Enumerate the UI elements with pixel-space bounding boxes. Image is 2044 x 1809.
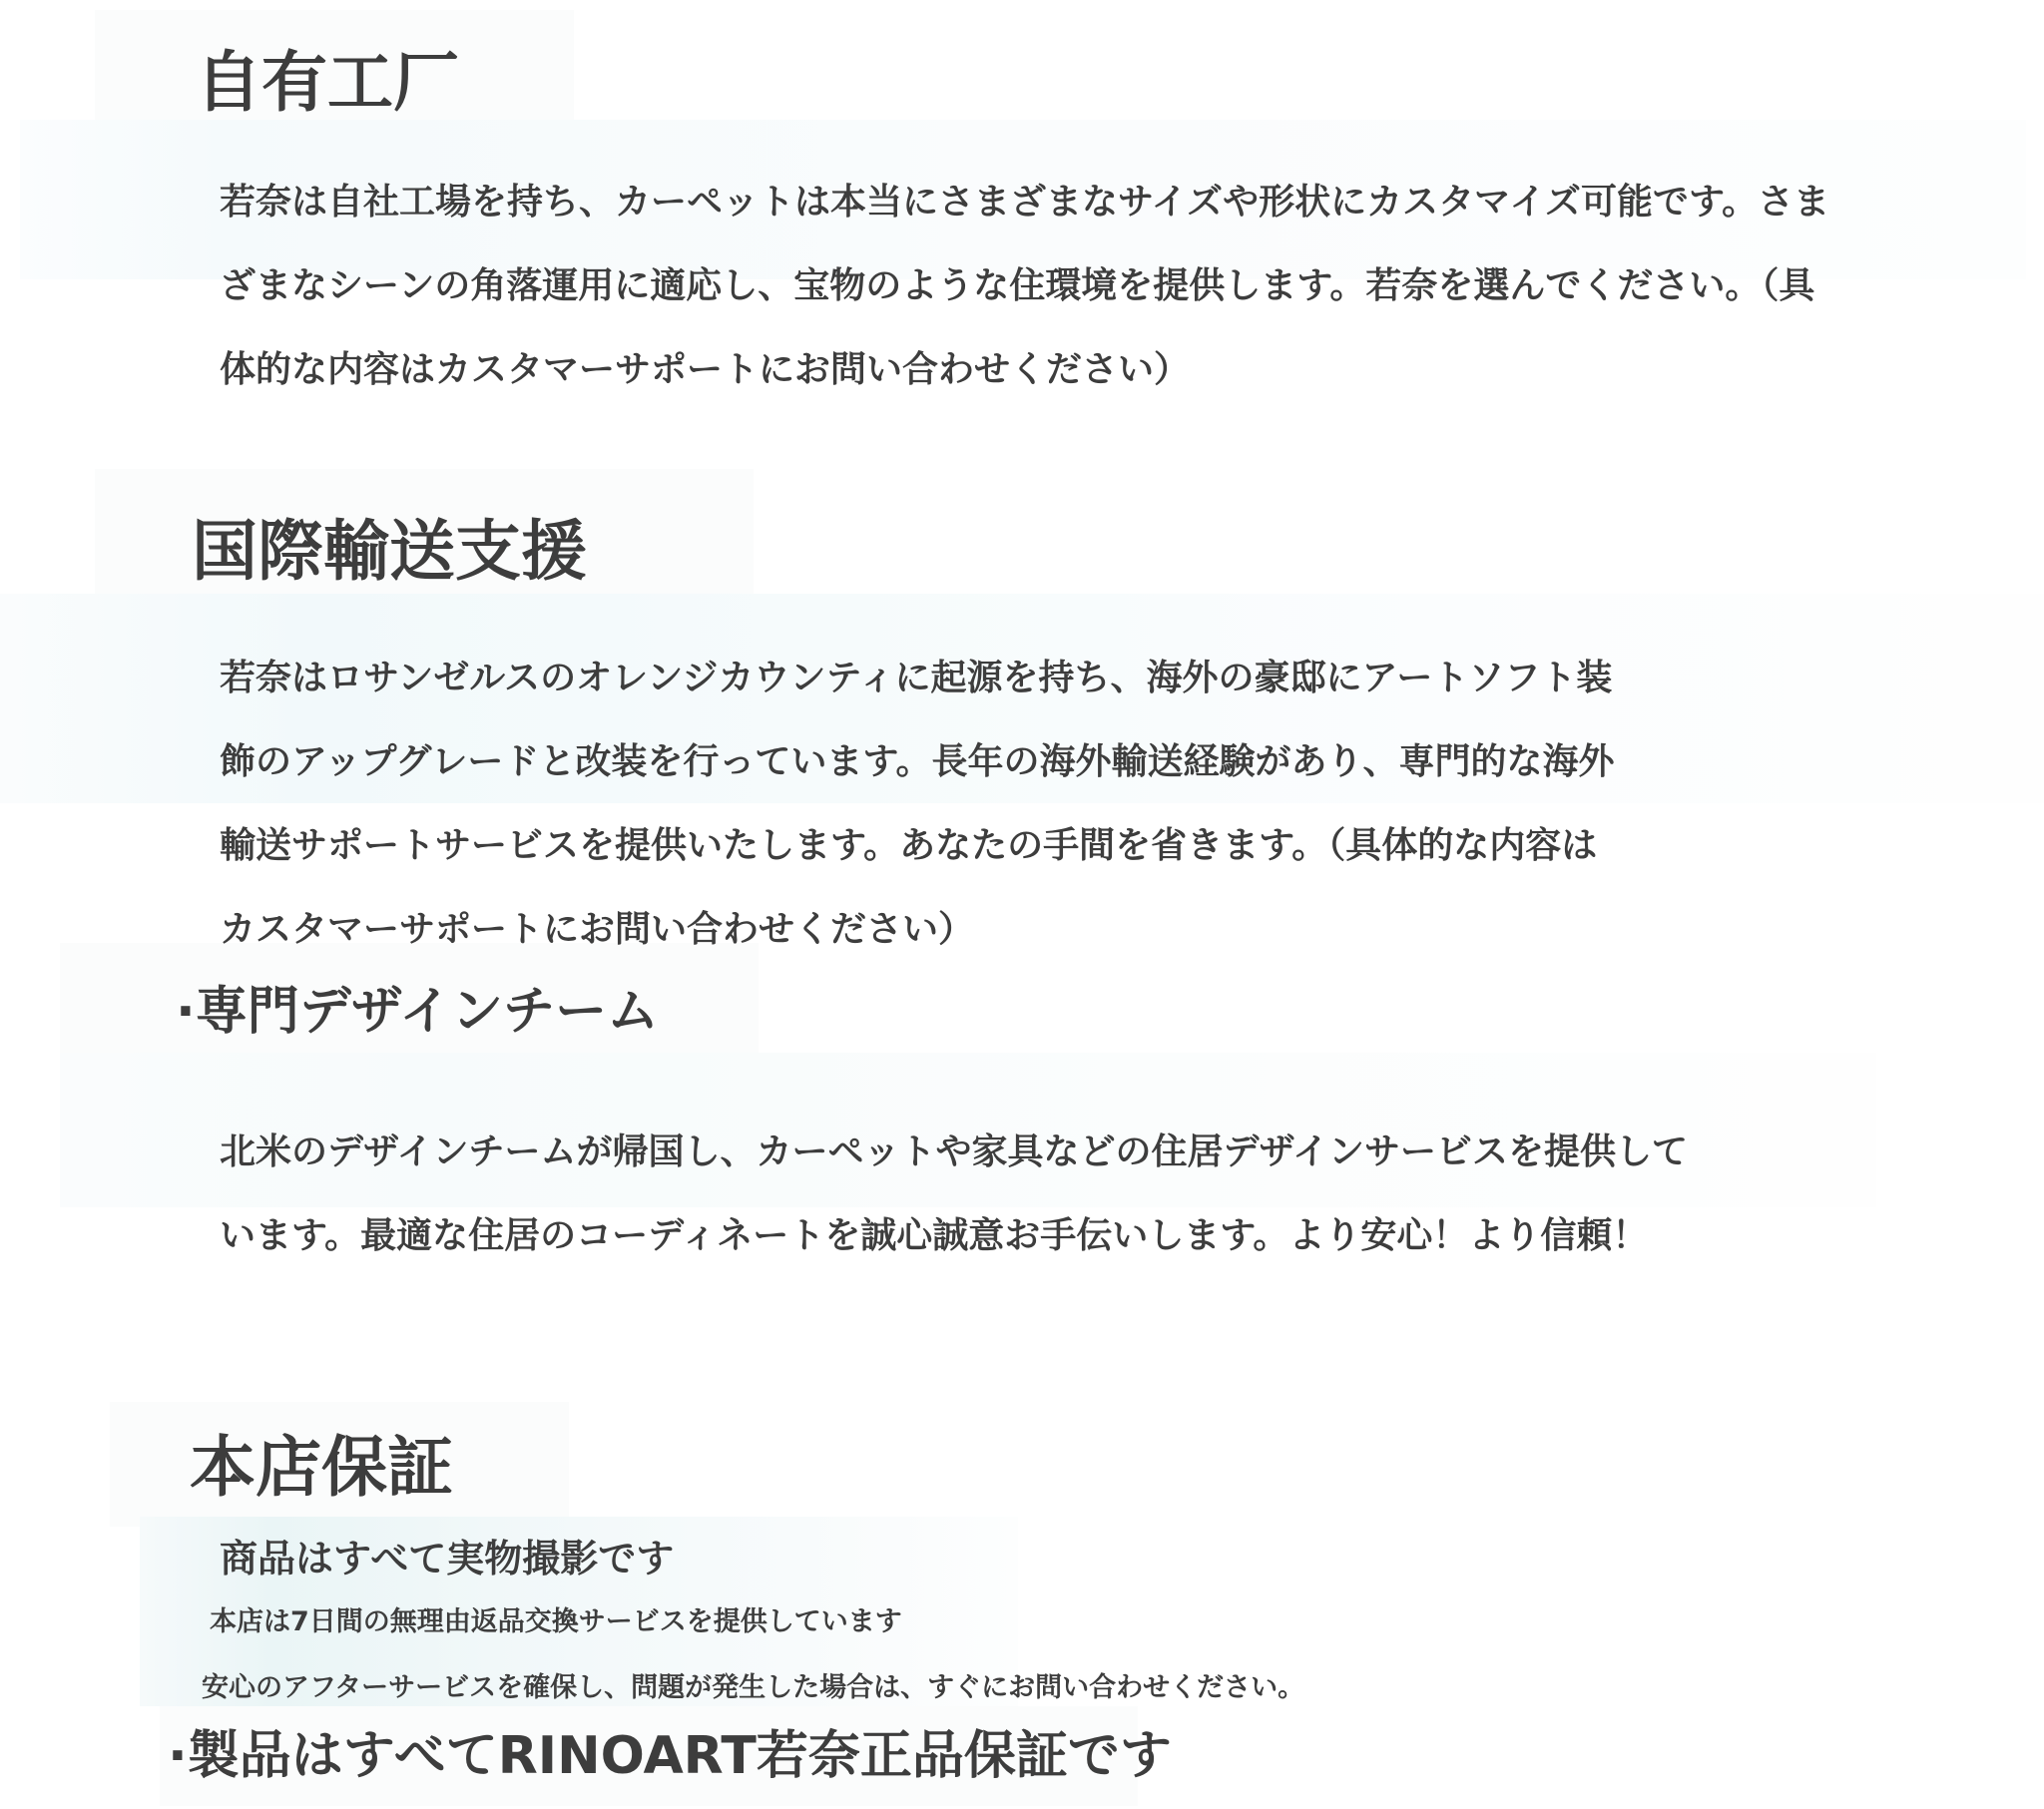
section-heading-text: 専門デザインチーム bbox=[196, 982, 659, 1042]
bullet-icon: · bbox=[168, 1730, 188, 1782]
section-heading: 本店保証 bbox=[190, 1435, 453, 1501]
section-body: 北米のデザインチームが帰国し、カーペットや家具などの住居デザインサービスを提供し… bbox=[220, 1090, 1688, 1299]
section-body: 若奈はロサンゼルスのオレンジカウンティに起源を持ち、海外の豪邸にアートソフト装 … bbox=[220, 616, 1615, 993]
real-photo-statement: 商品はすべて実物撮影です bbox=[220, 1540, 674, 1578]
section-heading: 自有工厂 bbox=[196, 50, 459, 116]
body-line: 北米のデザインチームが帰国し、カーペットや家具などの住居デザインサービスを提供し… bbox=[220, 1131, 1688, 1173]
authentic-guarantee: ·製品はすべてRINOART若奈正品保証です bbox=[168, 1730, 1172, 1782]
section-body: 若奈は自社工場を持ち、カーペットは本当にさまざまなサイズや形状にカスタマイズ可能… bbox=[220, 140, 1829, 433]
body-line: 体的な内容はカスタマーサポートにお問い合わせください） bbox=[220, 349, 1829, 391]
section-heading: 国際輸送支援 bbox=[192, 519, 587, 585]
return-policy-text: 本店は7日間の無理由返品交換サービスを提供しています bbox=[210, 1608, 902, 1635]
body-line: います。最適な住居のコーディネートを誠心誠意お手伝いします。より安心！より信頼！ bbox=[220, 1215, 1688, 1257]
body-line: 若奈はロサンゼルスのオレンジカウンティに起源を持ち、海外の豪邸にアートソフト装 bbox=[220, 658, 1615, 699]
body-line: ざまなシーンの角落運用に適応し、宝物のような住環境を提供します。若奈を選んでくだ… bbox=[220, 265, 1829, 307]
body-line: 飾のアップグレードと改装を行っています。長年の海外輸送経験があり、専門的な海外 bbox=[220, 741, 1615, 783]
body-line: カスタマーサポートにお問い合わせください） bbox=[220, 909, 1615, 951]
body-line: 若奈は自社工場を持ち、カーペットは本当にさまざまなサイズや形状にカスタマイズ可能… bbox=[220, 182, 1829, 224]
authentic-guarantee-text: 製品はすべてRINOART若奈正品保証です bbox=[188, 1726, 1172, 1786]
after-service-text: 安心のアフターサービスを確保し、問題が発生した場合は、すぐにお問い合わせください… bbox=[202, 1674, 1304, 1701]
body-line: 輸送サポートサービスを提供いたします。あなたの手間を省きます。（具体的な内容は bbox=[220, 825, 1615, 867]
section-heading: ·専門デザインチーム bbox=[176, 986, 659, 1038]
bullet-icon: · bbox=[176, 986, 196, 1038]
